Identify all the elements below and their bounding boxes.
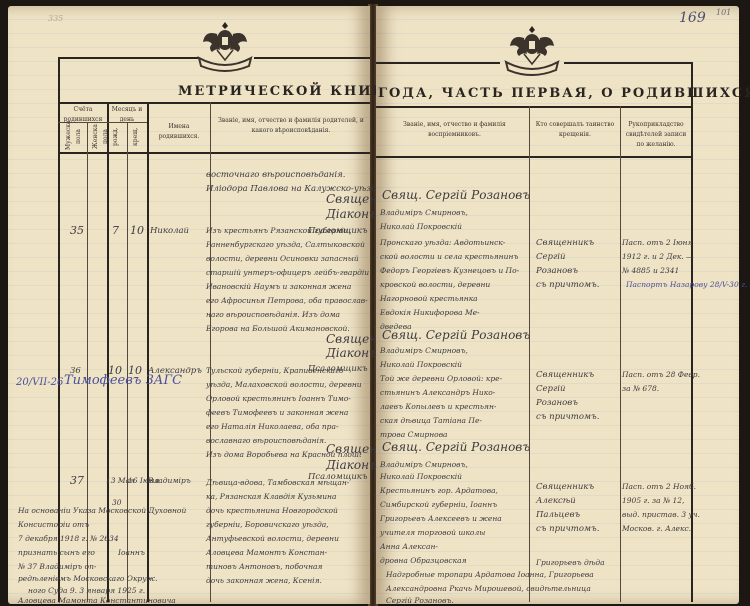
witness-note-line: Москов. г. Алекс. bbox=[622, 522, 691, 536]
margin-note-line: Консисторіи отъ bbox=[18, 518, 89, 532]
continuation-line: восточнаго вѣроисповѣданія. bbox=[206, 168, 345, 182]
priest-signature: Свящ. Сергій Розановъ bbox=[382, 440, 530, 454]
double-headed-eagle-emblem-icon bbox=[195, 18, 255, 76]
col-line-2 bbox=[107, 102, 109, 602]
header-performer: Кто совершалъ таинство крещенія. bbox=[532, 120, 618, 140]
parents-line: Ранненбургскаго уѣзда, Салтыковской bbox=[206, 238, 365, 252]
col-line-3 bbox=[127, 122, 128, 602]
margin-note-violet: Тимофеевъ ЗАГС bbox=[64, 374, 182, 388]
page-number: 169 bbox=[679, 10, 706, 26]
margin-note-line: Іоаннъ bbox=[118, 546, 145, 560]
col-line-4 bbox=[147, 102, 149, 602]
parents-line: его Наталія Николаева, оба пра- bbox=[206, 420, 339, 434]
entry-child-name: Николай bbox=[150, 224, 189, 238]
right-page-title: ГОДА, ЧАСТЬ ПЕРВАЯ, О РОДИВШИХСЯ. bbox=[378, 86, 750, 101]
parents-line: старшій унтеръ-офицеръ лейбъ-гвардіи bbox=[206, 266, 369, 280]
double-headed-eagle-emblem-icon bbox=[502, 22, 562, 80]
parents-line: дочь законная жена, Ксенія. bbox=[206, 574, 322, 588]
header-female: Женска пола bbox=[91, 124, 111, 150]
parents-line: Антуфьевской волости, деревни bbox=[206, 532, 339, 546]
parents-line: наго вѣроисповѣданія. Изъ дома bbox=[206, 308, 340, 322]
performer-line: съ причтомъ. bbox=[536, 278, 599, 292]
godparents-line: Крестьянинъ гор. Ардатова, bbox=[380, 484, 498, 498]
header-month-day: Месяцъ и день bbox=[108, 105, 146, 125]
godparents-line: Нагорновой крестьянка bbox=[380, 292, 478, 306]
header-bottom-rule bbox=[58, 152, 370, 154]
header-bottom-rule bbox=[376, 156, 692, 158]
header-born: рожд. bbox=[111, 124, 121, 150]
godparents-line: Николай Покровскій bbox=[380, 220, 462, 234]
margin-note-line: Аловцева Мамонта Константиновича bbox=[18, 596, 176, 605]
entry-child-name: Владиміръ bbox=[148, 474, 191, 488]
godparents-line: Владиміръ Смирновъ, bbox=[380, 206, 468, 220]
godparents-line: ская дѣвица Татіана Пе- bbox=[380, 414, 482, 428]
header-parents: Званіе, имя, отчество и фамилія родителе… bbox=[212, 116, 370, 136]
witness-note-line: Пасп. отъ 2 Нояб. bbox=[622, 480, 696, 494]
margin-note-line: признать сынъ его bbox=[18, 546, 95, 560]
bottom-note-line: Надгробные тропари Ардатова Іоанна, Григ… bbox=[386, 568, 594, 582]
performer-line: Пальцевъ bbox=[536, 508, 580, 522]
performer-line: Алексѣй bbox=[536, 494, 576, 508]
col-line-performer bbox=[529, 106, 530, 602]
performer-line: съ причтомъ. bbox=[536, 410, 599, 424]
frame-top-right bbox=[254, 57, 370, 59]
godparents-line: Пронскаго уѣзда: Авдотьинск- bbox=[380, 236, 505, 250]
performer-line: Сергій bbox=[536, 382, 565, 396]
performer-line: съ причтомъ. bbox=[536, 522, 599, 536]
margin-note-line: На основаніи Указа Московской Духовной bbox=[18, 504, 186, 518]
clergy-signature: Діаконъ bbox=[326, 207, 377, 221]
godparents-line: кровской волости, деревни bbox=[380, 278, 490, 292]
parents-line: феевъ Тимофеевъ и законная жена bbox=[206, 406, 348, 420]
header-top-rule bbox=[58, 102, 370, 104]
entry-number: 37 bbox=[70, 474, 84, 488]
witness-note-line: Пасп. отъ 2 Іюня bbox=[622, 236, 692, 250]
clergy-signature: Священ. bbox=[326, 332, 381, 346]
godparents-line: Григорьевъ Алексеевъ и жена bbox=[380, 512, 502, 526]
margin-note-date: 20/VII-26 bbox=[16, 376, 63, 390]
parents-line: губерніи, Боровичскаго уѣзда, bbox=[206, 518, 329, 532]
godparents-line: Той же деревни Орловой: кре- bbox=[380, 372, 502, 386]
godparents-line: Николай Покровскій bbox=[380, 470, 462, 484]
parents-line: Дѣвица-вдова, Тамбовская мѣщан- bbox=[206, 476, 349, 490]
left-corner-mark: 335 bbox=[48, 14, 63, 23]
godparents-line: ской волости и села крестьянинъ bbox=[380, 250, 518, 264]
godparents-line: Анна Алексан- bbox=[380, 540, 438, 554]
header-male: Мужеска пола bbox=[64, 124, 84, 150]
header-godparents: Званіе, имя, отчество и фамилія воспріем… bbox=[382, 120, 527, 140]
clergy-signature: Священ. bbox=[326, 442, 381, 456]
parents-line: Ивановскій Наумъ и законная жена bbox=[206, 280, 351, 294]
header-baptized: крещ. bbox=[131, 124, 141, 150]
godparents-line: дровна Образцовская bbox=[380, 554, 467, 568]
witness-note-line: за № 678. bbox=[622, 382, 659, 396]
right-page: 169 101 ГОДА, ЧАСТЬ ПЕРВАЯ, О РОДИВШИХСЯ… bbox=[376, 6, 739, 604]
parents-line: Орловой крестьянинъ Іоаннъ Тимо- bbox=[206, 392, 351, 406]
priest-signature: Свящ. Сергій Розановъ bbox=[382, 188, 530, 202]
right-corner-mark: 101 bbox=[716, 8, 731, 17]
parents-line: вославнаго вѣроисповѣданія. bbox=[206, 434, 326, 448]
header-witness: Рукоприкладство свидѣтелей записи по жел… bbox=[622, 120, 690, 150]
performer-line: Розановъ bbox=[536, 396, 578, 410]
entry-number: 35 bbox=[70, 224, 84, 238]
entry-baptized-day: 10 bbox=[130, 224, 144, 238]
priest-signature: Свящ. Сергій Розановъ bbox=[382, 328, 530, 342]
header-top-rule bbox=[376, 106, 692, 108]
clergy-signature: Священ. bbox=[326, 192, 381, 206]
performer-line: Сергій bbox=[536, 250, 565, 264]
godparents-line: Симбирской губерніи, Іоаннъ bbox=[380, 498, 497, 512]
frame-top-right bbox=[564, 62, 692, 64]
frame-top-left bbox=[58, 57, 198, 59]
godparents-line: учителя торговой школы bbox=[380, 526, 485, 540]
parents-line: дочь крестьянина Новгородской bbox=[206, 504, 338, 518]
witness-note-line: выд. пристав. 3 уч. bbox=[622, 508, 700, 522]
parents-line: его Афросинья Петрова, оба православ- bbox=[206, 294, 368, 308]
performer-line: Розановъ bbox=[536, 264, 578, 278]
parents-line: тиновъ Антоновъ, побочная bbox=[206, 560, 322, 574]
godparents-line: Николай Покровскій bbox=[380, 358, 462, 372]
margin-note-line: 7 декабря 1918 г. № 2634 bbox=[18, 532, 119, 546]
parents-line: Аловцева Мамонтъ Констан- bbox=[206, 546, 327, 560]
left-page: 335 МЕТРИЧЕСКОЙ КНИГИ НА 1911 Счёта роди… bbox=[8, 6, 370, 604]
witness-note-line: Пасп. отъ 28 Февр. bbox=[622, 368, 700, 382]
witness-note-line: № 4885 и 2341 bbox=[622, 264, 679, 278]
performer-line: Священникъ bbox=[536, 236, 594, 250]
entry-born-day: 7 bbox=[112, 224, 119, 238]
performer-line: Священникъ bbox=[536, 368, 594, 382]
frame-top-left bbox=[376, 62, 500, 64]
witness-note-line: 1905 г. за № 12, bbox=[622, 494, 684, 508]
performer-line: Священникъ bbox=[536, 480, 594, 494]
header-name: Имена родившихся. bbox=[148, 122, 210, 142]
godparents-line: лаевъ Копылевъ и крестьян- bbox=[380, 400, 496, 414]
parents-line: Тульской губерніи, Крапивенскаго bbox=[206, 364, 343, 378]
violet-witness-note: Паспортъ Назарову 28/V-30 г. Гор. bbox=[626, 278, 750, 292]
parents-line: уѣзда, Малаховской волости, деревни bbox=[206, 378, 362, 392]
parents-line: волости, деревни Осиновки запасный bbox=[206, 252, 359, 266]
godparents-line: Владиміръ Смирновъ, bbox=[380, 344, 468, 358]
parents-line: Изъ крестьянъ Рязанской губерніи, bbox=[206, 224, 351, 238]
godparents-line: стьянинъ Александръ Нико- bbox=[380, 386, 495, 400]
clergy-signature: Діаконъ bbox=[326, 346, 377, 360]
parents-line: ка, Рязанская Клавдія Кузьмина bbox=[206, 490, 336, 504]
col-line-witness bbox=[620, 106, 621, 602]
witness-note-line: 1912 г. и 2 Дек. — bbox=[622, 250, 694, 264]
godparents-line: Федоръ Георгіевъ Кузнецовъ и По- bbox=[380, 264, 519, 278]
bottom-note-line: Сергій Розановъ. bbox=[386, 594, 454, 606]
godparents-line: Евдокія Никифорова Ме- bbox=[380, 306, 480, 320]
